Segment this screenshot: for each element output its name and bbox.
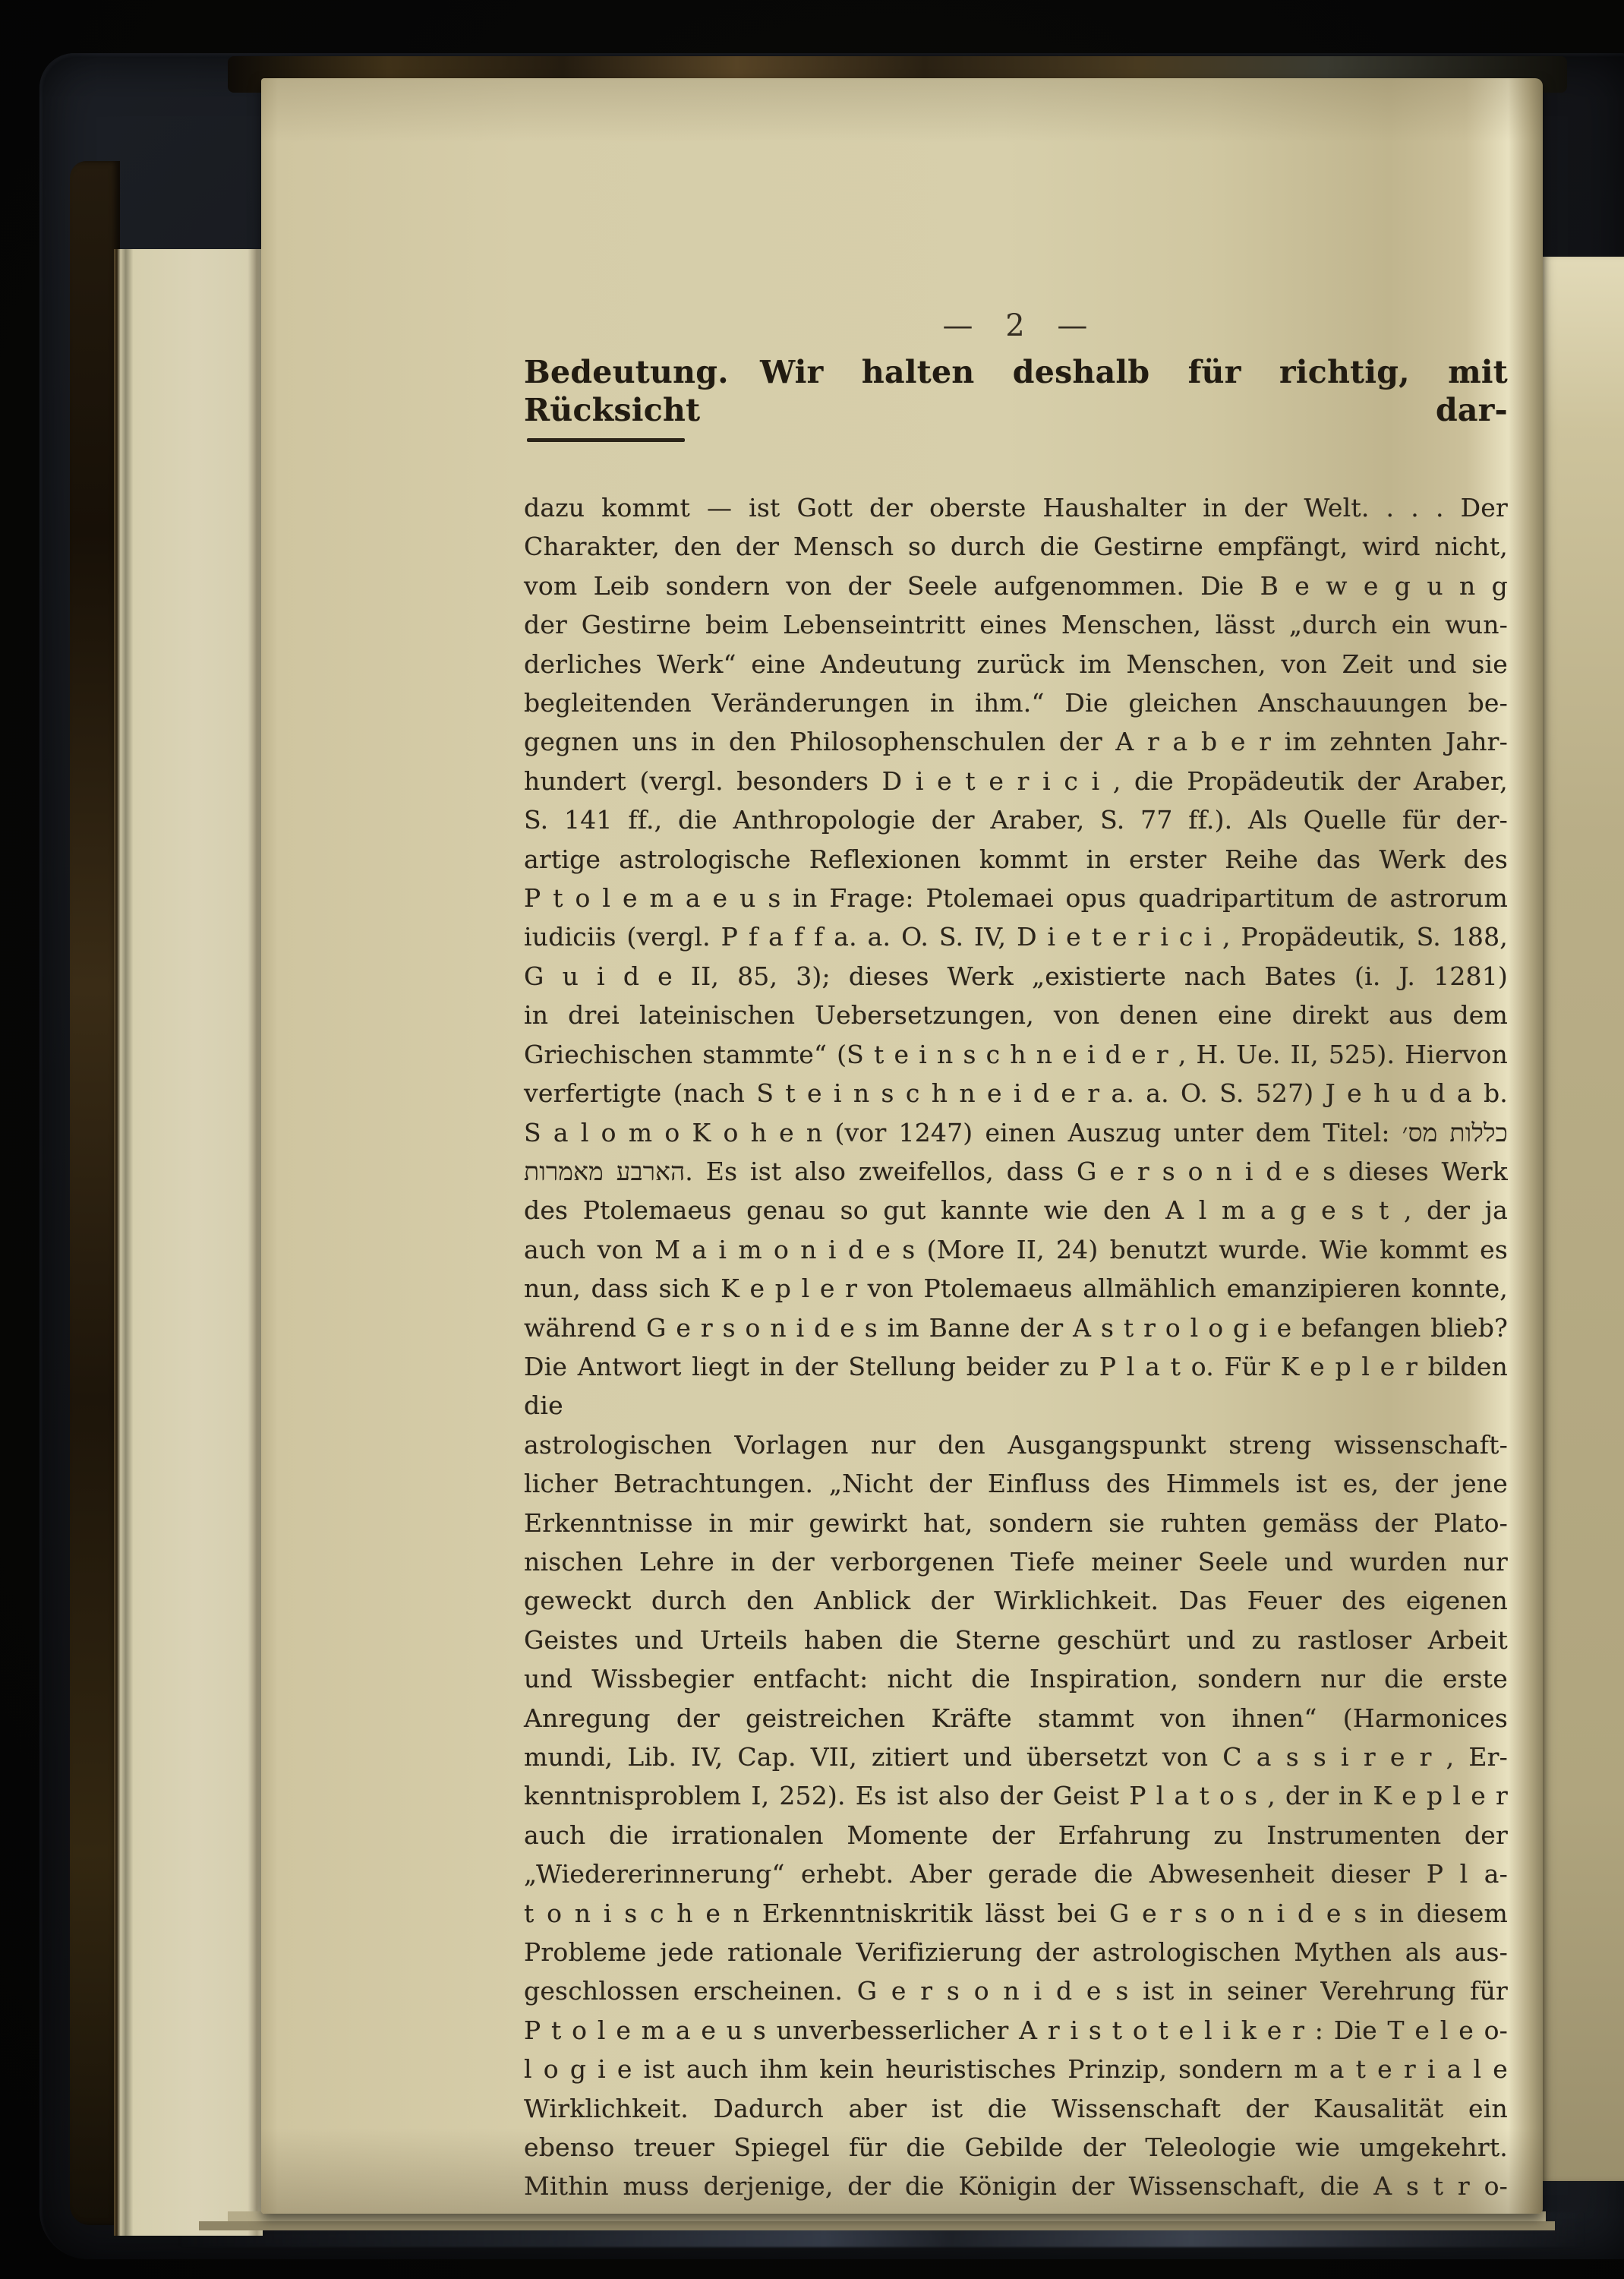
photo-background: — 2 — Bedeutung. Wir halten deshalb für … <box>0 0 1624 2279</box>
text-line: des Ptolemaeus genau so gut kannte wie d… <box>524 1191 1508 1229</box>
text-line: während G e r s o n i d e s im Banne der… <box>524 1308 1508 1347</box>
text-line: Die Antwort liegt in der Stellung beider… <box>524 1347 1508 1425</box>
text-line: kenntnisproblem I, 252). Es ist also der… <box>524 1776 1508 1815</box>
book-spine-edge <box>70 161 120 2225</box>
text-line: Mithin muss derjenige, der die Königin d… <box>524 2167 1508 2205</box>
text-line: auch die irrationalen Momente der Erfahr… <box>524 1816 1508 1854</box>
text-line: Wirklichkeit. Dadurch aber ist die Wisse… <box>524 2089 1508 2128</box>
text-line: der Gestirne beim Lebenseintritt eines M… <box>524 605 1508 644</box>
text-line: begleitenden Veränderungen in ihm.“ Die … <box>524 683 1508 722</box>
text-line: t o n i s c h e n Erkenntniskritik lässt… <box>524 1894 1508 1933</box>
text-line: astrologischen Vorlagen nur den Ausgangs… <box>524 1425 1508 1464</box>
text-block: — 2 — Bedeutung. Wir halten deshalb für … <box>524 78 1508 2214</box>
text-line: geschlossen erscheinen. G e r s o n i d … <box>524 1971 1508 2010</box>
text-line: S a l o m o K o h e n (vor 1247) einen A… <box>524 1113 1508 1152</box>
text-line: auch von M a i m o n i d e s (More II, 2… <box>524 1230 1508 1269</box>
page-stack-edges <box>114 249 263 2236</box>
page-bottom-edge-outer <box>199 2221 1555 2230</box>
text-line: Geistes und Urteils haben die Sterne ges… <box>524 1621 1508 1659</box>
text-line: Probleme jede rationale Verifizierung de… <box>524 1933 1508 1971</box>
text-line: in drei lateinischen Uebersetzungen, von… <box>524 996 1508 1034</box>
text-line: Erkenntnisse in mir gewirkt hat, sondern… <box>524 1504 1508 1542</box>
heading-line: Bedeutung. Wir halten deshalb für richti… <box>524 353 1508 429</box>
text-line: S. 141 ff., die Anthropologie der Araber… <box>524 800 1508 839</box>
text-line: gegnen uns in den Philosophenschulen der… <box>524 722 1508 761</box>
text-line: Griechischen stammte“ (S t e i n s c h n… <box>524 1035 1508 1074</box>
text-line: iudiciis (vergl. P f a f f a. a. O. S. I… <box>524 917 1508 956</box>
text-line: P t o l e m a e u s in Frage: Ptolemaei … <box>524 879 1508 917</box>
text-line: dazu kommt — ist Gott der oberste Hausha… <box>524 488 1508 527</box>
text-line: und Wissbegier entfacht: nicht die Inspi… <box>524 1659 1508 1698</box>
text-line: nischen Lehre in der verborgenen Tiefe m… <box>524 1542 1508 1581</box>
page-number: — 2 — <box>524 311 1508 341</box>
text-line: Anregung der geistreichen Kräfte stammt … <box>524 1699 1508 1738</box>
text-line: geweckt durch den Anblick der Wirklichke… <box>524 1581 1508 1620</box>
text-line: verfertigte (nach S t e i n s c h n e i … <box>524 1074 1508 1113</box>
text-line: Charakter, den der Mensch so durch die G… <box>524 527 1508 566</box>
text-line: הארבע מאמרות. Es ist also zweifellos, da… <box>524 1152 1508 1191</box>
text-line: hundert (vergl. besonders D i e t e r i … <box>524 762 1508 800</box>
text-line: nun, dass sich K e p l e r von Ptolemaeu… <box>524 1269 1508 1308</box>
text-line: „Wiedererinnerung“ erhebt. Aber gerade d… <box>524 1854 1508 1893</box>
text-line: G u i d e II, 85, 3); dieses Werk „exist… <box>524 957 1508 996</box>
text-line: derliches Werk“ eine Andeutung zurück im… <box>524 645 1508 683</box>
text-line: mundi, Lib. IV, Cap. VII, zitiert und üb… <box>524 1738 1508 1776</box>
body-text: dazu kommt — ist Gott der oberste Hausha… <box>524 488 1508 2206</box>
text-line: vom Leib sondern von der Seele aufgenomm… <box>524 567 1508 605</box>
text-line: P t o l e m a e u s unverbesserlicher A … <box>524 2011 1508 2050</box>
book-page: — 2 — Bedeutung. Wir halten deshalb für … <box>261 78 1543 2214</box>
text-line: licher Betrachtungen. „Nicht der Einflus… <box>524 1464 1508 1503</box>
text-line: artige astrologische Reflexionen kommt i… <box>524 840 1508 879</box>
facing-page-edge <box>1540 257 1624 2181</box>
text-line: l o g i e ist auch ihm kein heuristische… <box>524 2050 1508 2088</box>
separator-rule <box>527 438 685 442</box>
text-line: ebenso treuer Spiegel für die Gebilde de… <box>524 2128 1508 2167</box>
